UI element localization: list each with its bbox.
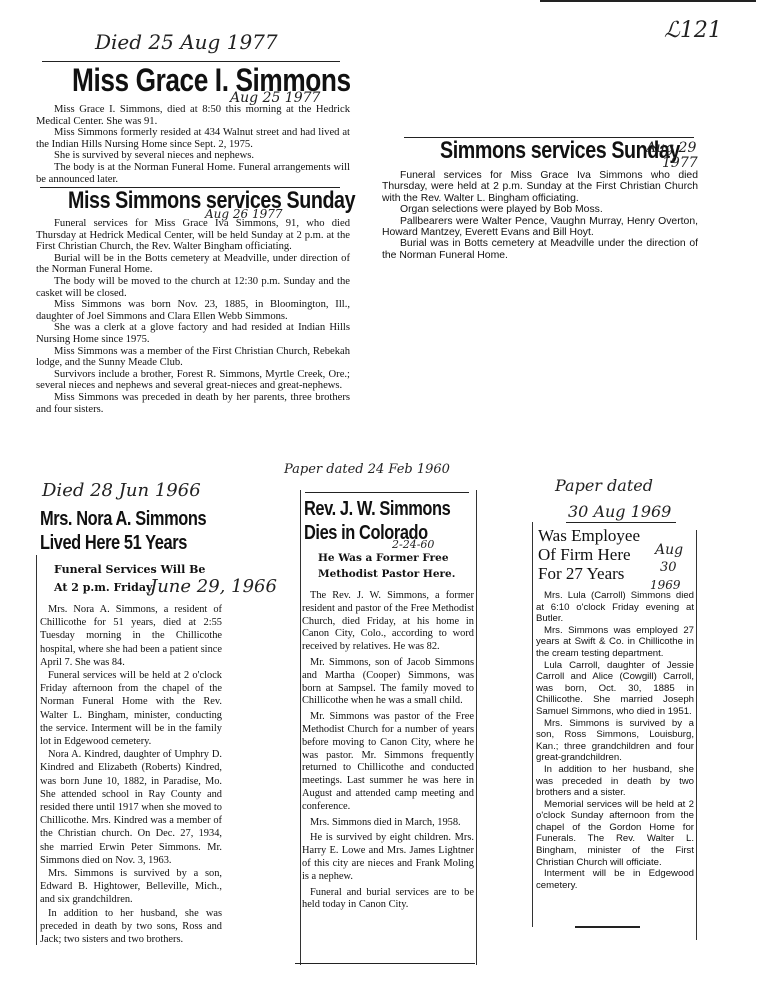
paragraph: Mrs. Lula (Carroll) Simmons died at 6:10… bbox=[536, 590, 694, 625]
subhead: Methodist Pastor Here. bbox=[318, 566, 455, 582]
paragraph: The body will be moved to the church at … bbox=[36, 276, 350, 299]
headline-lula-simmons: Was Employee Of Firm Here For 27 Years bbox=[538, 526, 640, 583]
paragraph: Survivors include a brother, Forest R. S… bbox=[36, 369, 350, 392]
article-jw-simmons: The Rev. J. W. Simmons, a former residen… bbox=[302, 590, 474, 912]
paragraph: Mrs. Simmons died in March, 1958. bbox=[302, 817, 474, 830]
paragraph: Mrs. Nora A. Simmons, a resident of Chil… bbox=[40, 603, 222, 669]
paragraph: Burial was in Botts cemetery at Meadvill… bbox=[382, 238, 698, 261]
handwritten-paper-date: Paper dated 24 Feb 1960 bbox=[284, 462, 450, 477]
headline-jw-simmons: Rev. J. W. Simmons bbox=[304, 498, 450, 521]
date-note: June 29, 1966 bbox=[150, 576, 277, 597]
paragraph: She was a clerk at a glove factory and h… bbox=[36, 322, 350, 345]
paragraph: Miss Simmons formerly resided at 434 Wal… bbox=[36, 127, 350, 150]
divider bbox=[566, 522, 676, 523]
paragraph: Pallbearers were Walter Pence, Vaughn Mu… bbox=[382, 216, 698, 239]
paragraph: Funeral services will be held at 2 o'clo… bbox=[40, 669, 222, 748]
column-border bbox=[36, 555, 37, 945]
article-nora-simmons: Mrs. Nora A. Simmons, a resident of Chil… bbox=[40, 603, 222, 946]
date-note: 30 bbox=[660, 560, 677, 575]
paragraph: Organ selections were played by Bob Moss… bbox=[382, 204, 698, 215]
paragraph: The Rev. J. W. Simmons, a former residen… bbox=[302, 590, 474, 654]
subhead: He Was a Former Free bbox=[318, 550, 449, 566]
paragraph: Mrs. Simmons is survived by a son, Ross … bbox=[536, 718, 694, 764]
handwritten-death-note: Died 28 Jun 1966 bbox=[42, 480, 201, 501]
headline-line: Was Employee bbox=[538, 526, 640, 545]
paragraph: Nora A. Kindred, daughter of Umphry D. K… bbox=[40, 748, 222, 867]
paragraph: Interment will be in Edgewood cemetery. bbox=[536, 868, 694, 891]
headline-nora-simmons: Mrs. Nora A. Simmons bbox=[40, 508, 206, 531]
headline-line: For 27 Years bbox=[538, 564, 640, 583]
paragraph: In addition to her husband, she was prec… bbox=[536, 764, 694, 799]
end-rule bbox=[575, 926, 640, 928]
article-services-sunday: Funeral services for Miss Grace Iva Simm… bbox=[36, 218, 350, 415]
paragraph: The body is at the Norman Funeral Home. … bbox=[36, 162, 350, 185]
paragraph: Burial will be in the Botts cemetery at … bbox=[36, 253, 350, 276]
page-number-note: ℒ121 bbox=[664, 18, 722, 43]
paragraph: Memorial services will be held at 2 o'cl… bbox=[536, 799, 694, 869]
paragraph: Miss Simmons was born Nov. 23, 1885, in … bbox=[36, 299, 350, 322]
headline-line: Of Firm Here bbox=[538, 545, 640, 564]
date-note: 1977 bbox=[662, 155, 698, 171]
column-border bbox=[300, 490, 301, 965]
date-note: Aug bbox=[655, 542, 683, 558]
paragraph: Lula Carroll, daughter of Jessie Carroll… bbox=[536, 660, 694, 718]
paragraph: In addition to her husband, she was prec… bbox=[40, 907, 222, 947]
column-border bbox=[696, 530, 697, 940]
paragraph: Miss Grace I. Simmons, died at 8:50 this… bbox=[36, 104, 350, 127]
handwritten-death-note: Died 25 Aug 1977 bbox=[95, 30, 278, 54]
paragraph: Mrs. Simmons was employed 27 years at Sw… bbox=[536, 625, 694, 660]
handwritten-paper-date: 30 Aug 1969 bbox=[568, 502, 671, 521]
subhead: At 2 p.m. Friday. bbox=[54, 580, 155, 596]
paragraph: Miss Simmons was a member of the First C… bbox=[36, 346, 350, 369]
paragraph: Mrs. Simmons is survived by a son, Edwar… bbox=[40, 867, 222, 907]
article-lula-simmons: Mrs. Lula (Carroll) Simmons died at 6:10… bbox=[536, 590, 694, 891]
headline-nora-simmons-line2: Lived Here 51 Years bbox=[40, 532, 187, 555]
paragraph: Funeral services for Miss Grace Iva Simm… bbox=[36, 218, 350, 253]
paragraph: Miss Simmons was preceded in death by he… bbox=[36, 392, 350, 415]
paragraph: He is survived by eight children. Mrs. H… bbox=[302, 832, 474, 883]
handwritten-paper-date: Paper dated bbox=[555, 476, 653, 495]
paragraph: Mr. Simmons, son of Jacob Simmons and Ma… bbox=[302, 657, 474, 708]
date-note: Aug 29 bbox=[646, 140, 696, 156]
column-border bbox=[476, 490, 477, 965]
divider bbox=[295, 963, 475, 964]
paragraph: Funeral services for Miss Grace Iva Simm… bbox=[382, 170, 698, 204]
column-border bbox=[532, 522, 533, 927]
article-services-held: Funeral services for Miss Grace Iva Simm… bbox=[382, 170, 698, 261]
divider bbox=[305, 492, 469, 493]
article-grace-simmons: Miss Grace I. Simmons, died at 8:50 this… bbox=[36, 104, 350, 185]
paragraph: She is survived by several nieces and ne… bbox=[36, 150, 350, 162]
paragraph: Funeral and burial services are to be he… bbox=[302, 887, 474, 913]
headline-services-sunday-2: Simmons services Sunday bbox=[440, 137, 680, 165]
top-edge-rule bbox=[540, 0, 756, 2]
paragraph: Mr. Simmons was pastor of the Free Metho… bbox=[302, 711, 474, 813]
